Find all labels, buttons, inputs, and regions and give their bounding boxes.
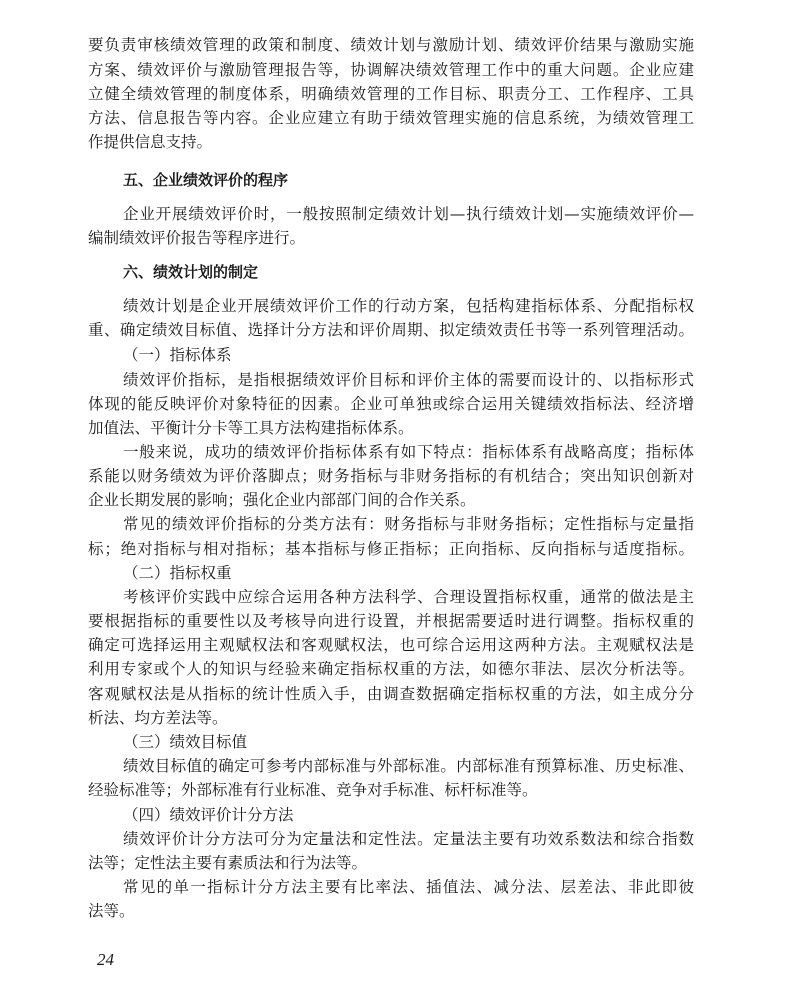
paragraph-first-line: 常见的绩效评价指标的分类方法有：财务指标与非财务指标；定性指标与定量指	[123, 514, 694, 534]
body-text-line: 标；绝对指标与相对指标；基本指标与修正指标；正向指标、反向指标与适度指标。	[88, 539, 694, 559]
paragraph-first-line: 一般来说，成功的绩效评价指标体系有如下特点：指标体系有战略高度；指标体	[123, 442, 694, 462]
body-text-line: 立健全绩效管理的制度体系，明确绩效管理的工作目标、职责分工、工作程序、工具	[88, 84, 694, 104]
paragraph-first-line: 常见的单一指标计分方法主要有比率法、插值法、减分法、层差法、非此即彼	[123, 877, 694, 897]
paragraph-first-line: 企业开展绩效评价时，一般按照制定绩效计划—执行绩效计划—实施绩效评价—	[123, 204, 694, 224]
body-text-line: 方法、信息报告等内容。企业应建立有助于绩效管理实施的信息系统，为绩效管理工	[88, 108, 694, 128]
body-text-line: 客观赋权法是从指标的统计性质入手，由调查数据确定指标权重的方法，如主成分分	[88, 684, 694, 704]
paragraph-last-line: 法等；定性法主要有素质法和行为法等。	[88, 853, 694, 873]
body-text-line: 确定可选择运用主观赋权法和客观赋权法，也可综合运用这两种方法。主观赋权法是	[88, 635, 694, 655]
paragraph-last-line: 法等。	[88, 901, 694, 921]
paragraph-last-line: 经验标准等；外部标准有行业标准、竞争对手标准、标杆标准等。	[88, 780, 694, 800]
paragraph-last-line: 作提供信息支持。	[88, 132, 694, 152]
paragraph-first-line: 考核评价实践中应综合运用各种方法科学、合理设置指标权重，通常的做法是主	[123, 587, 694, 607]
paragraph-first-line: 绩效评价计分方法可分为定量法和定性法。定量法主要有功效系数法和综合指数	[123, 829, 694, 849]
body-text-line: 利用专家或个人的知识与经验来确定指标权重的方法，如德尔菲法、层次分析法等。	[88, 659, 694, 679]
section-heading: 五、企业绩效评价的程序	[123, 170, 694, 190]
paragraph-last-line: 编制绩效评价报告等程序进行。	[88, 228, 694, 248]
paragraph-last-line: 企业长期发展的影响；强化企业内部部门间的合作关系。	[88, 490, 694, 510]
paragraph-first-line: 绩效计划是企业开展绩效评价工作的行动方案，包括构建指标体系、分配指标权	[123, 296, 694, 316]
section-heading: 六、绩效计划的制定	[123, 262, 694, 282]
body-text-line: 要根据指标的重要性以及考核导向进行设置，并根据需要适时进行调整。指标权重的	[88, 611, 694, 631]
subsection-heading: （三）绩效目标值	[123, 732, 694, 752]
body-text-line: 方案、绩效评价与激励管理报告等，协调解决绩效管理工作中的重大问题。企业应建	[88, 60, 694, 80]
body-text-line: 重、确定绩效目标值、选择计分方法和评价周期、拟定绩效责任书等一系列管理活动。	[88, 320, 694, 340]
body-text-line: 体现的能反映评价对象特征的因素。企业可单独或综合运用关键绩效指标法、经济增	[88, 394, 694, 414]
page-number: 24	[97, 950, 114, 970]
paragraph-first-line: 绩效评价指标，是指根据绩效评价目标和评价主体的需要而设计的、以指标形式	[123, 370, 694, 390]
body-text-line: 系能以财务绩效为评价落脚点；财务指标与非财务指标的有机结合；突出知识创新对	[88, 466, 694, 486]
body-text-line: 要负责审核绩效管理的政策和制度、绩效计划与激励计划、绩效评价结果与激励实施	[88, 35, 694, 55]
paragraph-last-line: 析法、均方差法等。	[88, 708, 694, 728]
subsection-heading: （二）指标权重	[123, 563, 694, 583]
subsection-heading: （四）绩效评价计分方法	[123, 805, 694, 825]
paragraph-last-line: 加值法、平衡计分卡等工具方法构建指标体系。	[88, 418, 694, 438]
paragraph-first-line: 绩效目标值的确定可参考内部标准与外部标准。内部标准有预算标准、历史标准、	[123, 756, 694, 776]
subsection-heading: （一）指标体系	[123, 345, 694, 365]
